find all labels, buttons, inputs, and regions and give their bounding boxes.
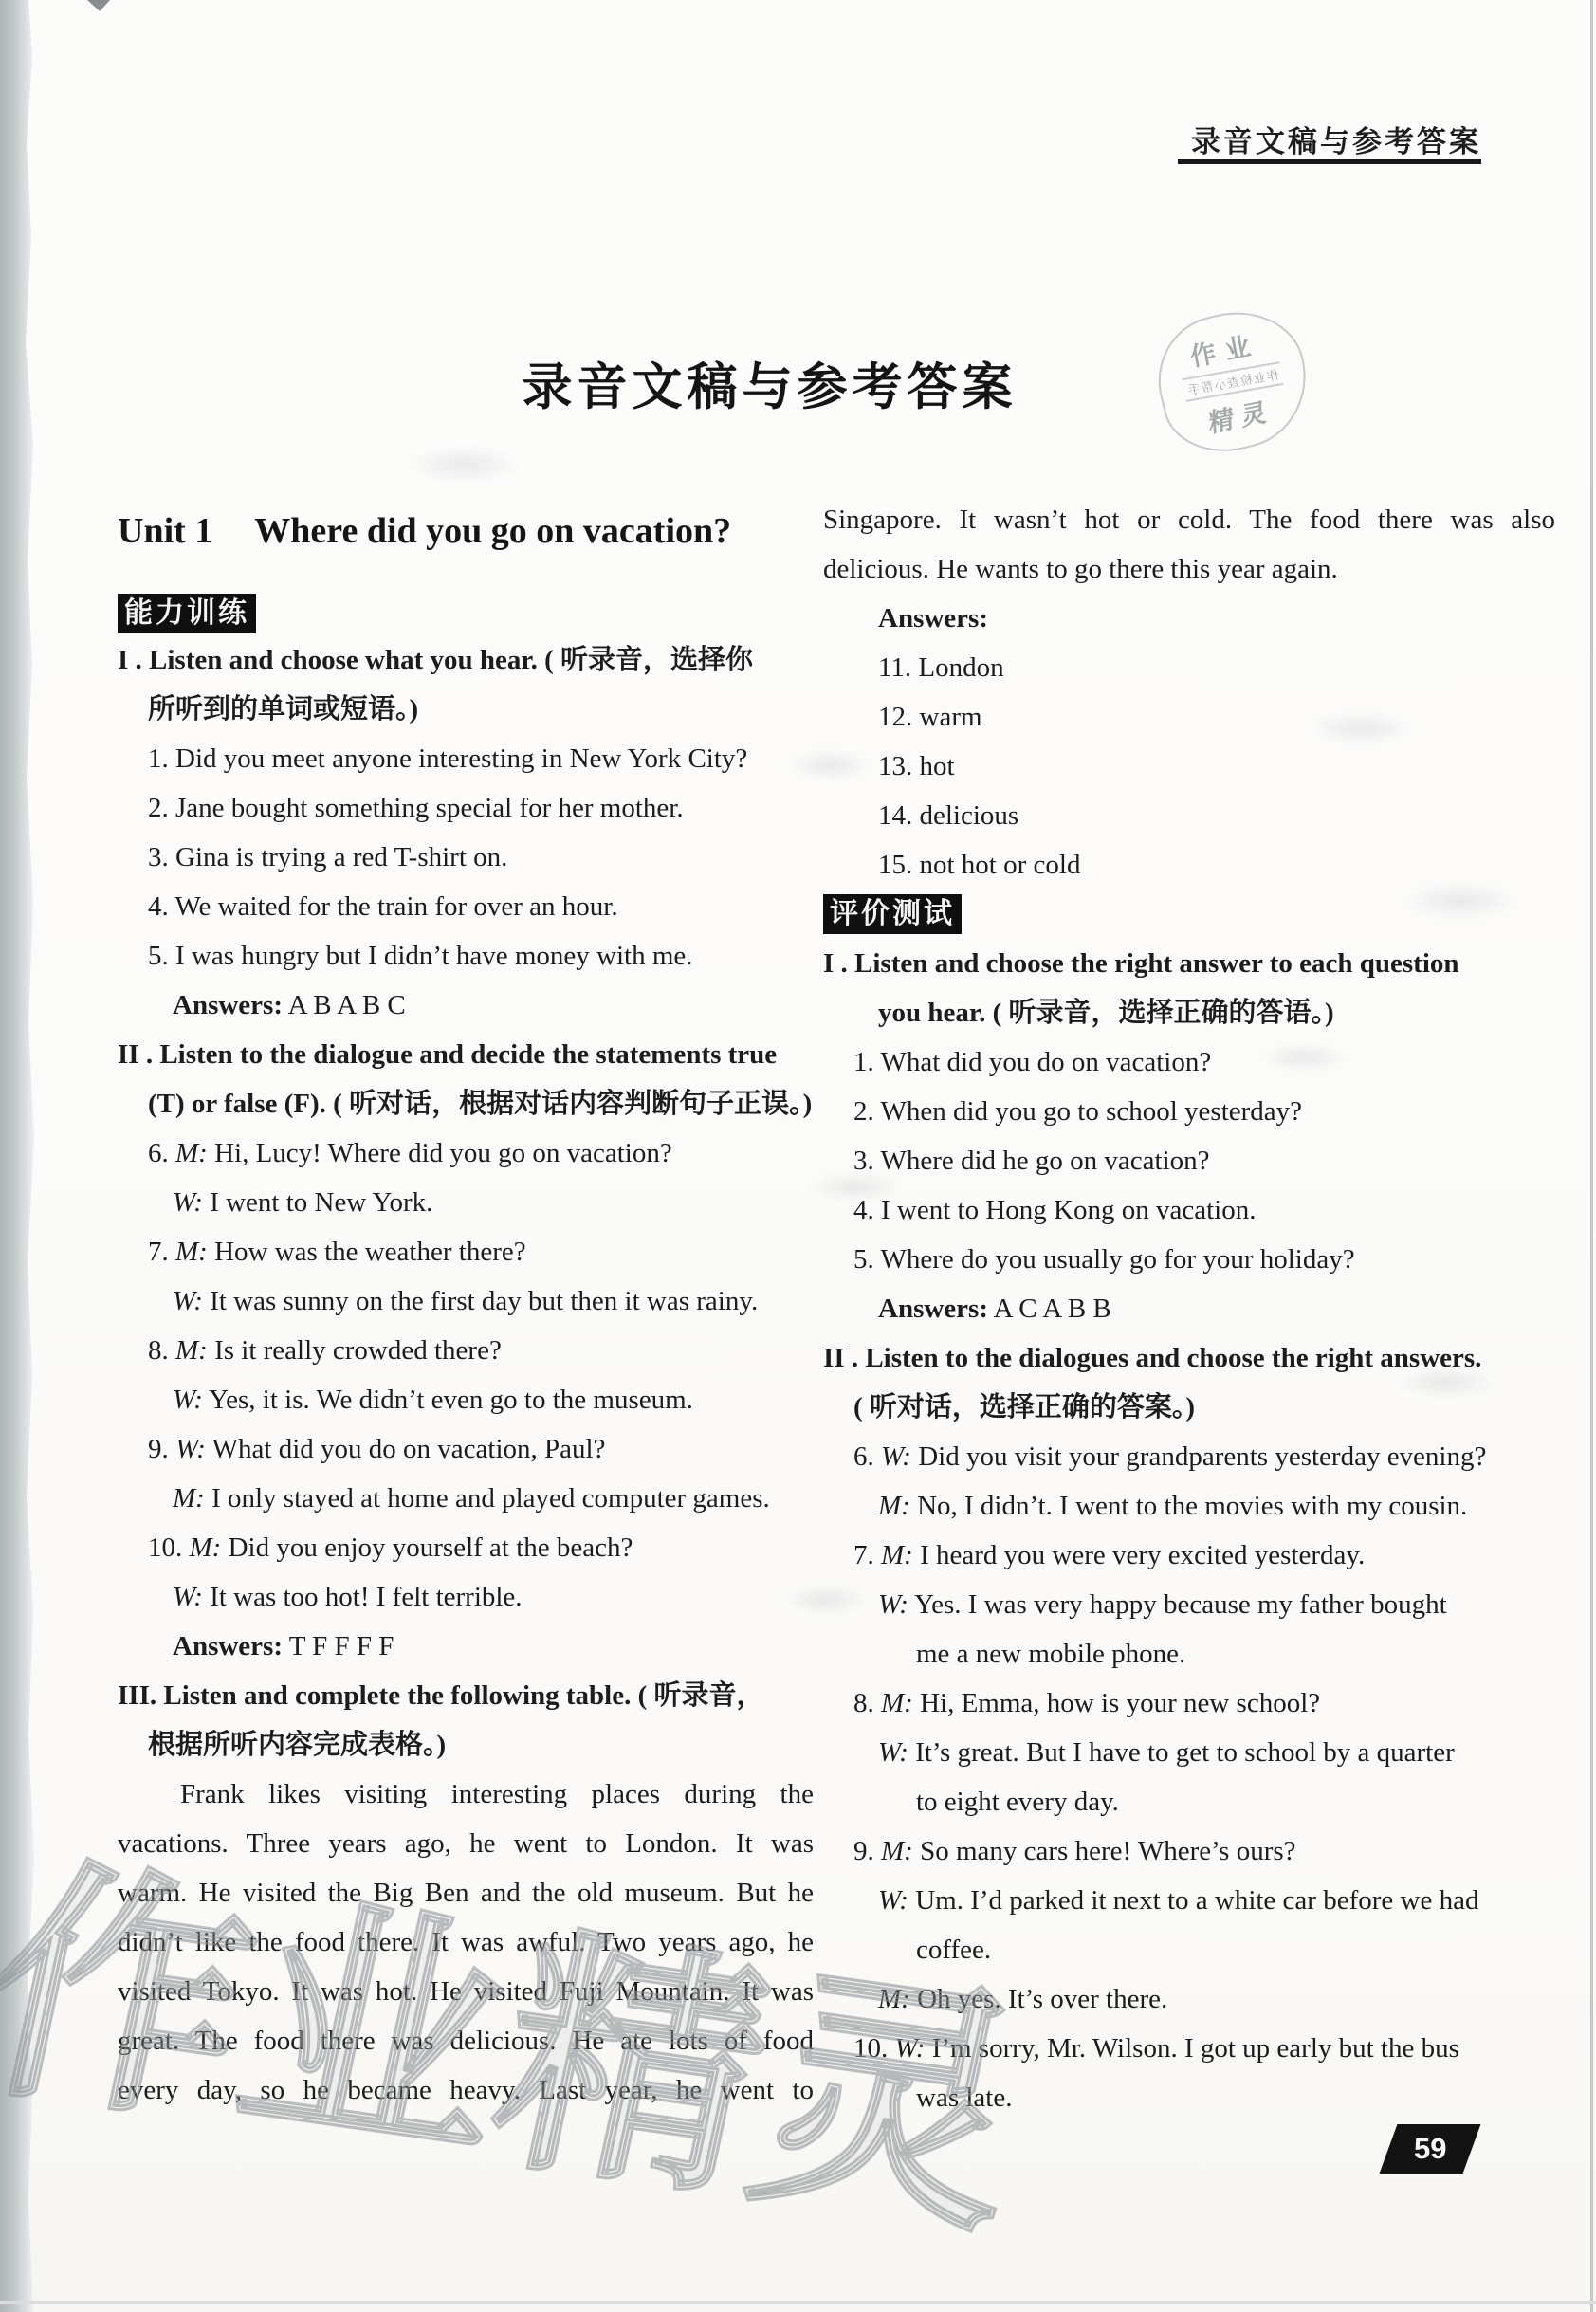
text-line: W: Yes. I was very happy because my fath… (823, 1580, 1555, 1629)
speaker-label: M: (173, 1483, 205, 1514)
text-run: 3. Where did he go on vacation? (853, 1146, 1210, 1176)
text-run: 8. (853, 1688, 881, 1718)
speaker-label: M: (878, 1491, 910, 1521)
text-line: delicious. He wants to go there this yea… (823, 544, 1555, 594)
text-run: 4. I went to Hong Kong on vacation. (853, 1195, 1256, 1225)
text-line: Answers: T F F F F (118, 1622, 814, 1671)
text-run: It was too hot! I felt terrible. (203, 1582, 523, 1612)
text-line: 2. When did you go to school yesterday? (823, 1087, 1555, 1136)
bleedthrough-smudge (1261, 1043, 1347, 1072)
text-line: 6. W: Did you visit your grandparents ye… (823, 1432, 1555, 1481)
text-line: Answers: A B A B C (118, 981, 814, 1030)
speaker-label: M: (881, 1836, 913, 1866)
bleedthrough-smudge (787, 749, 872, 781)
text-run: Yes. I was very happy because my father … (908, 1589, 1447, 1620)
left-text-column: I . Listen and choose what you hear. ( 听… (118, 635, 814, 2115)
text-line: I . Listen and choose what you hear. ( 听… (118, 635, 814, 685)
text-run: Answers: (173, 990, 283, 1020)
speaker-label: M: (175, 1138, 208, 1168)
text-run: Answers: (878, 603, 988, 633)
text-run: What did you do on vacation, Paul? (206, 1434, 606, 1464)
text-line: M: I only stayed at home and played comp… (118, 1474, 814, 1523)
text-line: W: It’s great. But I have to get to scho… (823, 1728, 1555, 1777)
speaker-label: W: (881, 1441, 911, 1472)
text-line: 13. hot (823, 742, 1555, 791)
text-line: every day, so he became heavy. Last year… (118, 2065, 814, 2115)
text-run: I only stayed at home and played compute… (205, 1483, 770, 1514)
text-run: vacations. Three years ago, he went to L… (118, 1828, 814, 1859)
text-run: visited Tokyo. It was hot. He visited Fu… (118, 1976, 814, 2007)
text-run: II . Listen to the dialogues and choose … (823, 1343, 1481, 1373)
text-line: great. The food there was delicious. He … (118, 2016, 814, 2065)
text-run: 5. I was hungry but I didn’t have money … (148, 941, 693, 971)
text-line: 10. W: I’m sorry, Mr. Wilson. I got up e… (823, 2024, 1555, 2073)
text-line: 4. We waited for the train for over an h… (118, 882, 814, 931)
section-label-pingjia: 评价测试 (823, 894, 962, 934)
text-line: 9. M: So many cars here! Where’s ours? (823, 1826, 1555, 1876)
text-line: 3. Where did he go on vacation? (823, 1136, 1555, 1185)
speaker-label: M: (881, 1540, 913, 1570)
bleedthrough-smudge (808, 1171, 903, 1203)
text-line: (T) or false (F). ( 听对话，根据对话内容判断句子正误。) (118, 1079, 814, 1128)
text-line: III. Listen and complete the following t… (118, 1671, 814, 1720)
text-line: 5. Where do you usually go for your holi… (823, 1235, 1555, 1284)
text-line: coffee. (823, 1925, 1555, 1974)
unit-label: Unit 1 (118, 511, 212, 551)
text-line: was late. (823, 2073, 1555, 2122)
text-line: 1. What did you do on vacation? (823, 1037, 1555, 1087)
text-line: 14. delicious (823, 791, 1555, 840)
text-run: 13. hot (878, 751, 955, 781)
text-line: I . Listen and choose the right answer t… (823, 939, 1555, 988)
page-number: 59 (1414, 2132, 1446, 2166)
text-line: Answers: A C A B B (823, 1284, 1555, 1333)
text-run: Answers: (878, 1294, 988, 1324)
running-header-rule (1178, 159, 1481, 164)
text-run: A B A B C (283, 990, 406, 1020)
text-line: me a new mobile phone. (823, 1629, 1555, 1679)
text-run: was late. (916, 2083, 1012, 2113)
text-run: 10. (853, 2033, 895, 2064)
text-line: 10. M: Did you enjoy yourself at the bea… (118, 1523, 814, 1572)
text-line: visited Tokyo. It was hot. He visited Fu… (118, 1967, 814, 2016)
speaker-label: M: (878, 1984, 910, 2014)
text-run: No, I didn’t. I went to the movies with … (910, 1491, 1467, 1521)
text-line: Frank likes visiting interesting places … (118, 1770, 814, 1819)
text-run: Hi, Emma, how is your new school? (913, 1688, 1320, 1718)
text-run: Did you enjoy yourself at the beach? (221, 1532, 633, 1563)
text-run: Oh yes. It’s over there. (910, 1984, 1167, 2014)
stamp-text-bottom: 精灵 (1207, 390, 1275, 440)
text-run: Did you visit your grandparents yesterda… (911, 1441, 1486, 1472)
unit-heading: Unit 1Where did you go on vacation? (118, 510, 731, 552)
speaker-label: W: (173, 1582, 203, 1612)
speaker-label: W: (878, 1737, 908, 1768)
text-run: It’s great. But I have to get to school … (908, 1737, 1455, 1768)
text-run: (T) or false (F). ( 听对话，根据对话内容判断句子正误。) (148, 1089, 812, 1119)
text-run: great. The food there was delicious. He … (118, 2026, 814, 2056)
text-run: delicious. He wants to go there this yea… (823, 554, 1338, 584)
text-run: you hear. ( 听录音，选择正确的答语。) (878, 998, 1334, 1028)
text-run: me a new mobile phone. (916, 1639, 1185, 1669)
speaker-label: W: (878, 1589, 908, 1620)
text-run: 所听到的单词或短语。) (148, 694, 418, 725)
speaker-label: W: (173, 1385, 203, 1415)
speaker-label: W: (173, 1286, 203, 1316)
page-edge-line (1590, 0, 1593, 2312)
speaker-label: M: (175, 1237, 208, 1267)
speaker-label: M: (175, 1335, 208, 1366)
text-run: 8. (148, 1335, 175, 1366)
text-run: 7. (148, 1237, 175, 1267)
text-line: 3. Gina is trying a red T-shirt on. (118, 833, 814, 882)
text-run: 14. delicious (878, 800, 1018, 831)
bleedthrough-smudge (1394, 1366, 1498, 1400)
text-line: W: Um. I’d parked it next to a white car… (823, 1876, 1555, 1925)
text-line: vacations. Three years ago, he went to L… (118, 1819, 814, 1868)
scan-artifact (87, 0, 110, 11)
text-line: 6. M: Hi, Lucy! Where did you go on vaca… (118, 1128, 814, 1178)
text-run: A C A B B (988, 1294, 1111, 1324)
text-run: 6. (853, 1441, 881, 1472)
text-line: 7. M: How was the weather there? (118, 1227, 814, 1276)
text-line: warm. He visited the Big Ben and the old… (118, 1868, 814, 1917)
text-run: I . Listen and choose what you hear. ( 听… (118, 645, 753, 675)
text-line: 8. M: Hi, Emma, how is your new school? (823, 1679, 1555, 1728)
page-title: 录音文稿与参考答案 (0, 347, 1539, 419)
text-run: warm. He visited the Big Ben and the old… (118, 1878, 814, 1908)
text-run: I . Listen and choose the right answer t… (823, 948, 1459, 979)
text-run: 根据所听内容完成表格。) (148, 1730, 446, 1760)
text-run: 9. (853, 1836, 881, 1866)
text-line: M: No, I didn’t. I went to the movies wi… (823, 1481, 1555, 1531)
speaker-label: M: (190, 1532, 222, 1563)
text-line: 12. warm (823, 692, 1555, 742)
text-line: W: It was sunny on the first day but the… (118, 1276, 814, 1326)
text-run: Hi, Lucy! Where did you go on vacation? (208, 1138, 672, 1168)
text-line: W: It was too hot! I felt terrible. (118, 1572, 814, 1622)
text-line: didn’t like the food there. It was awful… (118, 1917, 814, 1967)
speaker-label: W: (175, 1434, 206, 1464)
text-run: every day, so he became heavy. Last year… (118, 2075, 814, 2105)
text-line: to eight every day. (823, 1777, 1555, 1826)
text-run: 3. Gina is trying a red T-shirt on. (148, 842, 507, 872)
text-run: 7. (853, 1540, 881, 1570)
text-line: 11. London (823, 643, 1555, 692)
text-run: It was sunny on the first day but then i… (203, 1286, 758, 1316)
text-run: 10. (148, 1532, 190, 1563)
scanned-answer-page: 录音文稿与参考答案 录音文稿与参考答案 作业 作业检查小帮手 精灵 Unit 1… (0, 0, 1596, 2312)
homework-app-stamp: 作业 作业检查小帮手 精灵 (1145, 297, 1321, 465)
right-text-column: Singapore. It wasn’t hot or cold. The fo… (823, 495, 1555, 2122)
text-line: II . Listen to the dialogue and decide t… (118, 1030, 814, 1079)
text-run: Singapore. It wasn’t hot or cold. The fo… (823, 505, 1555, 535)
text-line: Singapore. It wasn’t hot or cold. The fo… (823, 495, 1555, 544)
text-run: How was the weather there? (208, 1237, 526, 1267)
text-line: 4. I went to Hong Kong on vacation. (823, 1185, 1555, 1235)
bleedthrough-smudge (408, 446, 522, 484)
text-line: 5. I was hungry but I didn’t have money … (118, 931, 814, 981)
text-line: 1. Did you meet anyone interesting in Ne… (118, 734, 814, 783)
speaker-label: W: (878, 1885, 908, 1916)
page-number-badge: 59 (1380, 2124, 1481, 2174)
text-run: Frank likes visiting interesting places … (180, 1779, 814, 1809)
running-header: 录音文稿与参考答案 (1191, 118, 1481, 160)
speaker-label: W: (895, 2033, 926, 2064)
text-run: 2. When did you go to school yesterday? (853, 1096, 1302, 1127)
speaker-label: W: (173, 1187, 203, 1218)
text-run: III. Listen and complete the following t… (118, 1680, 764, 1711)
text-run: to eight every day. (916, 1787, 1119, 1817)
text-run: So many cars here! Where’s ours? (913, 1836, 1296, 1866)
text-line: 9. W: What did you do on vacation, Paul? (118, 1424, 814, 1474)
text-line: you hear. ( 听录音，选择正确的答语。) (823, 988, 1555, 1037)
text-line: M: Oh yes. It’s over there. (823, 1974, 1555, 2024)
text-line: 8. M: Is it really crowded there? (118, 1326, 814, 1375)
text-run: Answers: (173, 1631, 283, 1661)
text-run: didn’t like the food there. It was awful… (118, 1927, 814, 1957)
section-label-nengli: 能力训练 (118, 594, 256, 633)
text-run: ( 听对话，选择正确的答案。) (853, 1392, 1195, 1422)
text-run: Yes, it is. We didn’t even go to the mus… (203, 1385, 693, 1415)
text-line: 2. Jane bought something special for her… (118, 783, 814, 833)
text-line: W: Yes, it is. We didn’t even go to the … (118, 1375, 814, 1424)
text-run: 9. (148, 1434, 175, 1464)
text-run: I heard you were very excited yesterday. (913, 1540, 1365, 1570)
text-run: 12. warm (878, 702, 982, 732)
unit-title: Where did you go on vacation? (254, 511, 731, 551)
text-run: Um. I’d parked it next to a white car be… (908, 1885, 1479, 1916)
text-line: W: I went to New York. (118, 1178, 814, 1227)
bleedthrough-smudge (783, 1584, 869, 1616)
text-run: 15. not hot or cold (878, 850, 1080, 880)
bleedthrough-smudge (1309, 711, 1413, 745)
text-run: 2. Jane bought something special for her… (148, 793, 684, 823)
text-run: 4. We waited for the train for over an h… (148, 891, 618, 922)
text-run: 1. What did you do on vacation? (853, 1047, 1211, 1077)
text-line: 7. M: I heard you were very excited yest… (823, 1531, 1555, 1580)
text-run: II . Listen to the dialogue and decide t… (118, 1039, 777, 1070)
text-line: Answers: (823, 594, 1555, 643)
bleedthrough-smudge (1403, 882, 1517, 920)
text-run: 11. London (878, 652, 1004, 683)
text-run: T F F F F (283, 1631, 394, 1661)
text-line: 根据所听内容完成表格。) (118, 1720, 814, 1770)
text-run: Is it really crowded there? (208, 1335, 502, 1366)
page-crease (0, 2301, 1596, 2304)
text-run: I went to New York. (203, 1187, 432, 1218)
speaker-label: M: (881, 1688, 913, 1718)
text-run: I’m sorry, Mr. Wilson. I got up early bu… (925, 2033, 1458, 2064)
text-run: 5. Where do you usually go for your holi… (853, 1244, 1355, 1275)
text-run: 6. (148, 1138, 175, 1168)
text-run: coffee. (916, 1935, 991, 1965)
text-line: 所听到的单词或短语。) (118, 685, 814, 734)
text-run: 1. Did you meet anyone interesting in Ne… (148, 743, 747, 774)
